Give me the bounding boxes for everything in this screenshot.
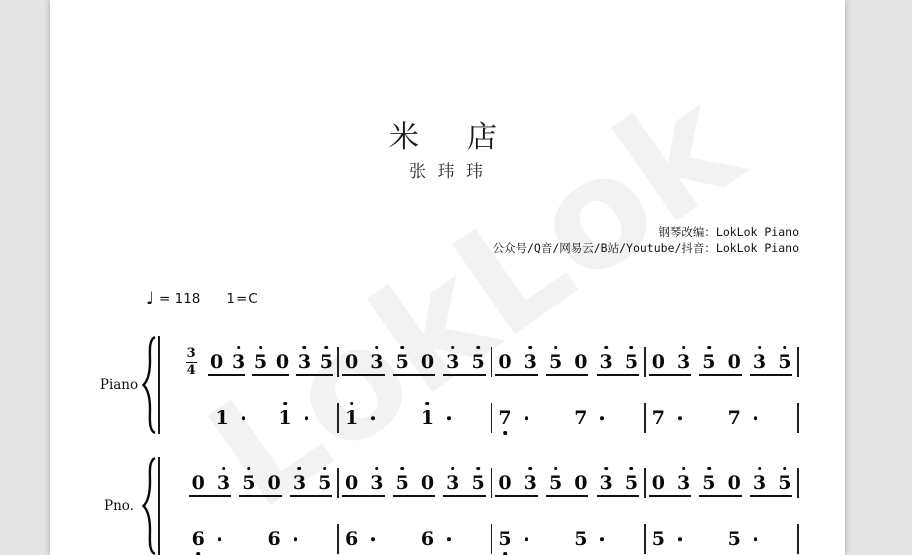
upper-voice-row: 035035035035035035035035 <box>186 468 799 498</box>
note-digit: 0 <box>652 351 665 373</box>
note-digit: 5 <box>320 351 333 373</box>
jianpu-note: 7 <box>498 409 511 428</box>
note-digit: 0 <box>498 472 511 494</box>
note-digit: 0 <box>192 472 205 494</box>
note-cell: 5 <box>619 474 644 493</box>
lower-voice-row: 66665555 <box>186 524 799 554</box>
octave-dot-up <box>323 467 327 471</box>
beam-group: 35 <box>747 474 798 493</box>
beam-group: 50 <box>390 353 441 372</box>
measure: 55 <box>492 530 644 549</box>
octave-dot-up <box>707 346 711 350</box>
jianpu-note: 0 <box>498 474 511 493</box>
note-digit: 3 <box>677 351 690 373</box>
octave-dot-down <box>503 431 507 435</box>
barline <box>797 347 799 377</box>
jianpu-note: 5 <box>574 530 587 549</box>
augmentation-dot <box>305 416 309 420</box>
system-content: 3403503503503503503503503511117777 <box>160 336 799 434</box>
note-cell: 5 <box>568 530 593 549</box>
jianpu-note: 3 <box>524 474 537 493</box>
augmentation-dot <box>242 416 246 420</box>
note-cell: 5 <box>619 353 644 372</box>
jianpu-note: 3 <box>298 353 311 372</box>
jianpu-note: 0 <box>345 353 358 372</box>
jianpu-note: 3 <box>446 474 459 493</box>
octave-dot-up <box>554 467 558 471</box>
beam-group: 35 <box>440 474 491 493</box>
augmentation-dot <box>525 416 529 420</box>
arranger-credits: 钢琴改编：LokLok Piano 公众号/Q音/网易云/B站/Youtube/… <box>492 224 799 256</box>
jianpu-note: 3 <box>600 353 613 372</box>
octave-dot-up <box>758 467 762 471</box>
jianpu-note: 5 <box>320 353 333 372</box>
app-background: { "header": { "title": "米 店", "subtitle"… <box>0 0 912 555</box>
note-cell: 7 <box>492 409 517 428</box>
measure: 035035 <box>646 353 798 372</box>
note-digit: 5 <box>702 472 715 494</box>
note-cell: 5 <box>772 474 797 493</box>
jianpu-note: 1 <box>278 409 291 428</box>
augmentation-dot <box>600 537 604 541</box>
jianpu-note: 3 <box>753 353 766 372</box>
jianpu-note: 0 <box>728 474 741 493</box>
beam-group: 50 <box>696 474 747 493</box>
system-brace-icon <box>142 336 158 434</box>
note-digit: 1 <box>345 407 358 429</box>
jianpu-note: 3 <box>370 474 383 493</box>
note-cell: 5 <box>696 474 721 493</box>
tempo-value: = 118 <box>159 291 200 307</box>
jianpu-note: 3 <box>293 474 306 493</box>
octave-dot-up <box>630 467 634 471</box>
measure: 66 <box>186 530 338 549</box>
tempo-marking: ♩ = 118 1=C <box>146 291 259 307</box>
note-digit: 0 <box>210 351 223 373</box>
note-digit: 5 <box>549 472 562 494</box>
note-digit: 3 <box>370 472 383 494</box>
octave-dot-up <box>682 467 686 471</box>
augmentation-dot <box>600 416 604 420</box>
measure: 66 <box>339 530 491 549</box>
system-brace-icon <box>142 457 158 555</box>
note-digit: 6 <box>345 528 358 550</box>
note-cell: 3 <box>440 353 465 372</box>
beam-group: 03 <box>206 353 250 372</box>
octave-dot-up <box>707 467 711 471</box>
note-digit: 0 <box>421 472 434 494</box>
augmentation-dot <box>294 537 298 541</box>
note-digit: 3 <box>217 472 230 494</box>
beam-group: 50 <box>696 353 747 372</box>
jianpu-note: 5 <box>625 474 638 493</box>
augmentation-dot <box>525 537 529 541</box>
note-digit: 7 <box>498 407 511 429</box>
jianpu-note: 0 <box>728 353 741 372</box>
credit-line-channels: 公众号/Q音/网易云/B站/Youtube/抖音：LokLok Piano <box>492 240 799 256</box>
note-digit: 5 <box>574 528 587 550</box>
note-cell: 0 <box>492 474 517 493</box>
note-cell: 5 <box>315 353 337 372</box>
note-cell: 3 <box>747 353 772 372</box>
note-cell: 7 <box>568 409 593 428</box>
octave-dot-up <box>630 346 634 350</box>
measure: 035035 <box>492 474 644 493</box>
octave-dot-up <box>375 346 379 350</box>
note-cell: 7 <box>646 409 671 428</box>
beam-group: 03 <box>339 353 390 372</box>
composer-name: 张 玮 玮 <box>50 157 845 182</box>
augmentation-dot <box>754 537 758 541</box>
beam-group: 50 <box>250 353 294 372</box>
jianpu-note: 3 <box>370 353 383 372</box>
measure: 77 <box>492 409 644 428</box>
note-cell: 0 <box>186 474 211 493</box>
note-cell: 5 <box>543 353 568 372</box>
jianpu-note: 5 <box>778 474 791 493</box>
sheet-music-page: LokLok 米 店 张 玮 玮 钢琴改编：LokLok Piano 公众号/Q… <box>50 0 845 555</box>
jianpu-note: 1 <box>421 409 434 428</box>
jianpu-note: 3 <box>677 353 690 372</box>
note-digit: 5 <box>549 351 562 373</box>
note-digit: 6 <box>192 528 205 550</box>
augmentation-dot <box>371 416 375 420</box>
augmentation-dot <box>678 416 682 420</box>
quarter-note-icon: ♩ <box>146 293 154 306</box>
octave-dot-up <box>528 346 532 350</box>
octave-dot-up <box>303 346 307 350</box>
note-cell: 0 <box>722 474 747 493</box>
note-cell: 0 <box>272 353 294 372</box>
note-cell: 0 <box>339 474 364 493</box>
octave-dot-up <box>476 467 480 471</box>
jianpu-note: 0 <box>210 353 223 372</box>
note-digit: 1 <box>215 407 228 429</box>
jianpu-note: 5 <box>549 474 562 493</box>
note-digit: 3 <box>524 472 537 494</box>
note-digit: 0 <box>345 472 358 494</box>
note-cell: 0 <box>206 353 228 372</box>
jianpu-note: 0 <box>268 474 281 493</box>
note-digit: 5 <box>625 472 638 494</box>
octave-dot-up <box>247 467 251 471</box>
octave-dot-up <box>528 467 532 471</box>
jianpu-note: 5 <box>471 474 484 493</box>
note-cell: 5 <box>390 353 415 372</box>
octave-dot-up <box>682 346 686 350</box>
note-cell: 6 <box>339 530 364 549</box>
note-digit: 7 <box>728 407 741 429</box>
octave-dot-up <box>451 467 455 471</box>
note-cell: 5 <box>492 530 517 549</box>
time-signature-denominator: 4 <box>187 363 196 378</box>
credit-line-arranger: 钢琴改编：LokLok Piano <box>492 224 799 240</box>
jianpu-note: 5 <box>702 353 715 372</box>
instrument-label: Pno. <box>96 457 142 555</box>
beam-group: 03 <box>339 474 390 493</box>
system-2: Pno. 03503503503503503503503566665555 <box>96 457 799 555</box>
octave-dot-up <box>283 402 287 406</box>
note-cell: 5 <box>772 353 797 372</box>
system-content: 03503503503503503503503566665555 <box>160 457 799 555</box>
octave-dot-up <box>325 346 329 350</box>
jianpu-note: 3 <box>677 474 690 493</box>
beam-group: 03 <box>492 474 543 493</box>
measure: 035035 <box>339 474 491 493</box>
octave-dot-up <box>400 467 404 471</box>
note-cell: 3 <box>518 474 543 493</box>
note-cell: 3 <box>671 474 696 493</box>
jianpu-note: 0 <box>421 474 434 493</box>
jianpu-note: 3 <box>524 353 537 372</box>
beam-group: 35 <box>287 474 338 493</box>
jianpu-note: 7 <box>574 409 587 428</box>
barline <box>797 468 799 498</box>
augmentation-dot <box>678 537 682 541</box>
jianpu-note: 5 <box>625 353 638 372</box>
octave-dot-up <box>375 467 379 471</box>
note-cell: 0 <box>568 353 593 372</box>
note-digit: 5 <box>728 528 741 550</box>
note-cell: 1 <box>415 409 440 428</box>
note-cell: 3 <box>364 474 389 493</box>
note-digit: 5 <box>396 351 409 373</box>
jianpu-note: 5 <box>498 530 511 549</box>
note-cell: 5 <box>390 474 415 493</box>
note-digit: 5 <box>471 351 484 373</box>
jianpu-note: 3 <box>446 353 459 372</box>
note-digit: 0 <box>574 351 587 373</box>
octave-dot-up <box>259 346 263 350</box>
note-digit: 0 <box>652 472 665 494</box>
note-cell: 3 <box>594 353 619 372</box>
key-signature: 1=C <box>226 291 258 307</box>
instrument-label: Piano <box>96 336 142 434</box>
measure: 11 <box>186 409 338 428</box>
note-digit: 0 <box>276 351 289 373</box>
octave-dot-up <box>476 346 480 350</box>
note-digit: 0 <box>728 351 741 373</box>
note-digit: 5 <box>254 351 267 373</box>
beam-group: 50 <box>390 474 441 493</box>
octave-dot-up <box>350 402 354 406</box>
jianpu-note: 5 <box>652 530 665 549</box>
jianpu-note: 7 <box>652 409 665 428</box>
jianpu-note: 0 <box>345 474 358 493</box>
note-cell: 5 <box>465 353 490 372</box>
jianpu-note: 0 <box>421 353 434 372</box>
octave-dot-up <box>604 467 608 471</box>
augmentation-dot <box>447 537 451 541</box>
note-cell: 6 <box>415 530 440 549</box>
note-cell: 6 <box>186 530 211 549</box>
note-cell: 3 <box>211 474 236 493</box>
note-digit: 5 <box>471 472 484 494</box>
time-signature-numerator: 3 <box>186 347 197 363</box>
jianpu-note: 6 <box>268 530 281 549</box>
augmentation-dot <box>447 416 451 420</box>
jianpu-note: 5 <box>396 353 409 372</box>
note-cell: 0 <box>339 353 364 372</box>
note-digit: 3 <box>600 472 613 494</box>
note-cell: 6 <box>261 530 286 549</box>
note-digit: 3 <box>753 472 766 494</box>
note-digit: 5 <box>318 472 331 494</box>
note-digit: 0 <box>498 351 511 373</box>
jianpu-note: 1 <box>345 409 358 428</box>
note-digit: 5 <box>778 472 791 494</box>
beam-group: 35 <box>594 474 645 493</box>
jianpu-note: 5 <box>254 353 267 372</box>
jianpu-note: 0 <box>652 474 665 493</box>
system-1: Piano 3403503503503503503503503511117777 <box>96 336 799 434</box>
barline <box>797 403 799 433</box>
note-cell: 3 <box>287 474 312 493</box>
note-cell: 0 <box>261 474 286 493</box>
barline <box>797 524 799 554</box>
note-digit: 3 <box>677 472 690 494</box>
measure: 34035035 <box>186 347 338 377</box>
note-digit: 5 <box>702 351 715 373</box>
note-cell: 0 <box>568 474 593 493</box>
note-cell: 3 <box>228 353 250 372</box>
beam-group: 35 <box>594 353 645 372</box>
note-cell: 5 <box>250 353 272 372</box>
beam-group: 50 <box>236 474 287 493</box>
note-cell: 5 <box>543 474 568 493</box>
note-digit: 7 <box>574 407 587 429</box>
octave-dot-up <box>758 346 762 350</box>
note-cell: 5 <box>646 530 671 549</box>
note-digit: 5 <box>242 472 255 494</box>
note-cell: 5 <box>465 474 490 493</box>
note-cell: 3 <box>293 353 315 372</box>
jianpu-note: 0 <box>276 353 289 372</box>
jianpu-note: 3 <box>600 474 613 493</box>
augmentation-dot <box>218 537 222 541</box>
beam-group: 50 <box>543 474 594 493</box>
octave-dot-up <box>298 467 302 471</box>
note-cell: 3 <box>440 474 465 493</box>
octave-dot-up <box>426 402 430 406</box>
jianpu-note: 6 <box>345 530 358 549</box>
beam-group: 03 <box>492 353 543 372</box>
note-cell: 5 <box>236 474 261 493</box>
note-cell: 5 <box>722 530 747 549</box>
note-cell: 3 <box>671 353 696 372</box>
note-cell: 0 <box>646 353 671 372</box>
jianpu-note: 3 <box>753 474 766 493</box>
jianpu-note: 3 <box>217 474 230 493</box>
note-digit: 5 <box>625 351 638 373</box>
octave-dot-up <box>554 346 558 350</box>
note-cell: 5 <box>312 474 337 493</box>
note-cell: 0 <box>722 353 747 372</box>
note-digit: 0 <box>574 472 587 494</box>
note-digit: 5 <box>778 351 791 373</box>
beam-group: 03 <box>646 474 697 493</box>
octave-dot-up <box>400 346 404 350</box>
note-digit: 3 <box>446 351 459 373</box>
note-digit: 7 <box>652 407 665 429</box>
note-cell: 1 <box>275 409 296 428</box>
augmentation-dot <box>754 416 758 420</box>
octave-dot-up <box>222 467 226 471</box>
beam-group: 35 <box>293 353 337 372</box>
note-cell: 3 <box>747 474 772 493</box>
jianpu-note: 0 <box>574 474 587 493</box>
measure: 035035 <box>339 353 491 372</box>
jianpu-note: 0 <box>192 474 205 493</box>
upper-voice-row: 34035035035035035035035035 <box>186 347 799 377</box>
note-digit: 1 <box>278 407 291 429</box>
note-cell: 7 <box>722 409 747 428</box>
beam-group: 03 <box>186 474 237 493</box>
note-digit: 1 <box>421 407 434 429</box>
note-digit: 6 <box>268 528 281 550</box>
note-digit: 3 <box>524 351 537 373</box>
jianpu-note: 6 <box>192 530 205 549</box>
note-digit: 0 <box>728 472 741 494</box>
jianpu-note: 5 <box>778 353 791 372</box>
octave-dot-up <box>783 346 787 350</box>
augmentation-dot <box>371 537 375 541</box>
note-digit: 3 <box>600 351 613 373</box>
jianpu-note: 0 <box>574 353 587 372</box>
note-cell: 3 <box>594 474 619 493</box>
octave-dot-up <box>783 467 787 471</box>
note-digit: 3 <box>446 472 459 494</box>
measure: 11 <box>339 409 491 428</box>
jianpu-note: 3 <box>232 353 245 372</box>
note-cell: 5 <box>696 353 721 372</box>
jianpu-note: 5 <box>728 530 741 549</box>
note-cell: 3 <box>364 353 389 372</box>
jianpu-note: 5 <box>471 353 484 372</box>
beam-group: 03 <box>646 353 697 372</box>
note-digit: 0 <box>421 351 434 373</box>
note-digit: 5 <box>498 528 511 550</box>
octave-dot-up <box>237 346 241 350</box>
jianpu-note: 0 <box>498 353 511 372</box>
beam-group: 50 <box>543 353 594 372</box>
note-cell: 0 <box>415 353 440 372</box>
jianpu-note: 5 <box>242 474 255 493</box>
jianpu-note: 6 <box>421 530 434 549</box>
note-digit: 3 <box>298 351 311 373</box>
measure: 035035 <box>186 474 338 493</box>
jianpu-note: 1 <box>215 409 228 428</box>
note-digit: 5 <box>396 472 409 494</box>
jianpu-note: 5 <box>549 353 562 372</box>
note-cell: 0 <box>492 353 517 372</box>
time-signature: 34 <box>186 347 197 377</box>
song-title: 米 店 <box>50 112 845 156</box>
jianpu-note: 7 <box>728 409 741 428</box>
lower-voice-row: 11117777 <box>186 403 799 433</box>
note-digit: 3 <box>232 351 245 373</box>
note-cell: 1 <box>212 409 233 428</box>
measure: 035035 <box>646 474 798 493</box>
beam-group: 35 <box>747 353 798 372</box>
octave-dot-up <box>451 346 455 350</box>
note-digit: 3 <box>293 472 306 494</box>
note-digit: 3 <box>753 351 766 373</box>
note-digit: 0 <box>345 351 358 373</box>
measure: 55 <box>646 530 798 549</box>
note-cell: 3 <box>518 353 543 372</box>
note-digit: 6 <box>421 528 434 550</box>
